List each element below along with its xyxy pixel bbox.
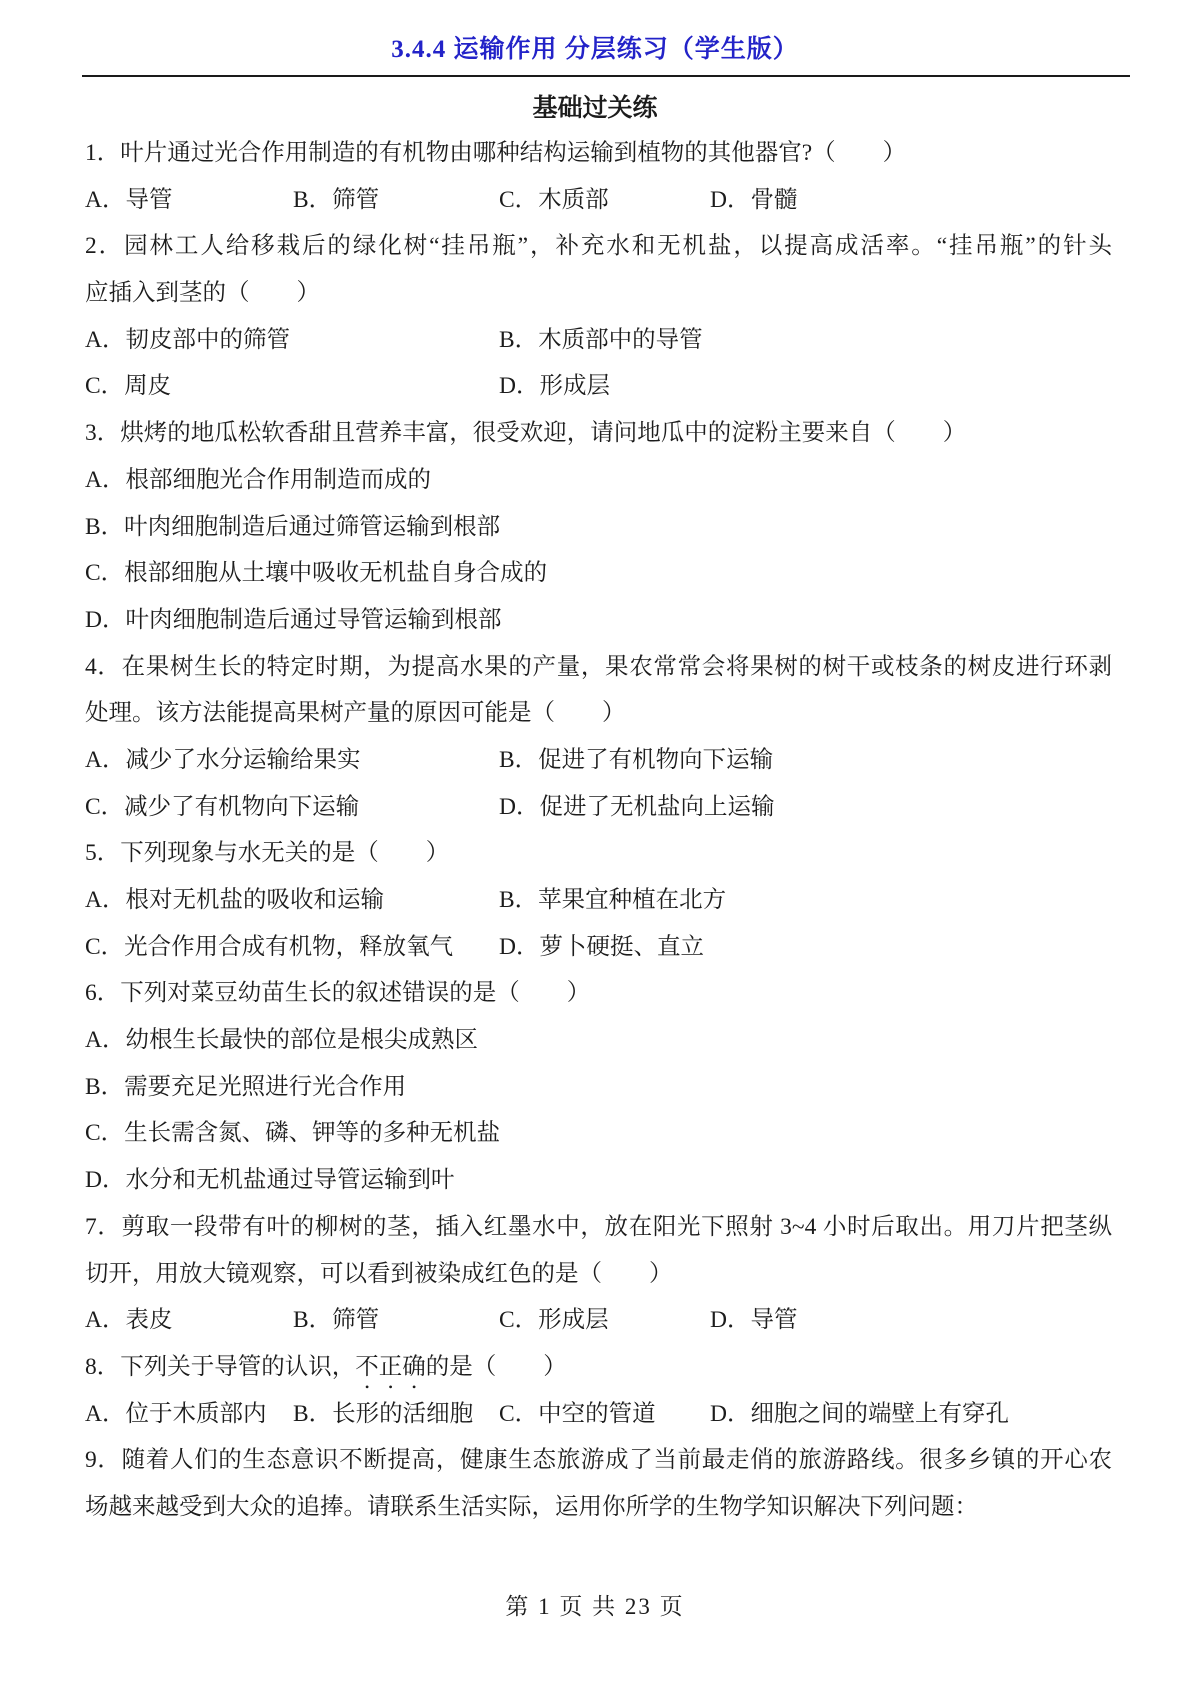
text-segment: D．水分和无机盐通过导管运输到叶: [85, 1167, 454, 1193]
text-segment: A．幼根生长最快的部位是根尖成熟区: [85, 1027, 478, 1053]
worksheet-page: 3.4.4 运输作用 分层练习（学生版） 基础过关练 1．叶片通过光合作用制造的…: [0, 0, 1190, 1682]
question-6-option-b: B．需要充足光照进行光合作用: [85, 1074, 406, 1100]
text-segment: A．位于木质部内: [85, 1401, 266, 1427]
question-2-options-row: A．韧皮部中的筛管B．木质部中的导管: [85, 317, 1112, 364]
question-6-options-row: D．水分和无机盐通过导管运输到叶: [85, 1157, 1112, 1204]
question-1-option-c: C．木质部: [499, 177, 609, 224]
question-7-option-b: B．筛管: [293, 1297, 379, 1344]
question-8-options-row: A．位于木质部内B．长形的活细胞C．中空的管道D．细胞之间的端壁上有穿孔: [85, 1391, 1112, 1438]
question-2-stem-line: 应插入到茎的（ ）: [85, 270, 1112, 317]
text-segment: C．减少了有机物向下运输: [85, 794, 359, 820]
stem-text: 9．随着人们的生态意识不断提高，健康生态旅游成了当前最走俏的旅游路线。很多乡镇的…: [85, 1447, 1112, 1473]
question-7-stem-line: 7．剪取一段带有叶的柳树的茎，插入红墨水中，放在阳光下照射 3~4 小时后取出。…: [85, 1204, 1112, 1251]
question-8-option-b: B．长形的活细胞: [293, 1391, 473, 1438]
question-4-options-row: A．减少了水分运输给果实B．促进了有机物向下运输: [85, 737, 1112, 784]
question-1: 1．叶片通过光合作用制造的有机物由哪种结构运输到植物的其他器官?（ ）A．导管B…: [85, 130, 1112, 223]
text-segment: 应插入到茎的（ ）: [85, 280, 320, 306]
question-4-stem-line: 处理。该方法能提高果树产量的原因可能是（ ）: [85, 690, 1112, 737]
question-3-stem-line: 3．烘烤的地瓜松软香甜且营养丰富，很受欢迎，请问地瓜中的淀粉主要来自（ ）: [85, 410, 1112, 457]
text-segment: 2．园林工人给移栽后的绿化树“挂吊瓶”，补充水和无机盐，以提高成活率。“挂吊瓶”…: [85, 233, 1112, 259]
question-6-options-row: C．生长需含氮、磷、钾等的多种无机盐: [85, 1110, 1112, 1157]
question-6-option-a: A．幼根生长最快的部位是根尖成熟区: [85, 1027, 478, 1053]
question-6-stem-line: 6．下列对菜豆幼苗生长的叙述错误的是（ ）: [85, 970, 1112, 1017]
text-segment: 9．随着人们的生态意识不断提高，健康生态旅游成了当前最走俏的旅游路线。很多乡镇的…: [85, 1447, 1112, 1473]
question-1-option-b: B．筛管: [293, 177, 379, 224]
question-2-options-row: C．周皮D．形成层: [85, 363, 1112, 410]
question-2: 2．园林工人给移栽后的绿化树“挂吊瓶”，补充水和无机盐，以提高成活率。“挂吊瓶”…: [85, 223, 1112, 410]
question-7: 7．剪取一段带有叶的柳树的茎，插入红墨水中，放在阳光下照射 3~4 小时后取出。…: [85, 1204, 1112, 1344]
question-2-stem-line: 2．园林工人给移栽后的绿化树“挂吊瓶”，补充水和无机盐，以提高成活率。“挂吊瓶”…: [85, 223, 1112, 270]
text-segment: C．木质部: [499, 187, 609, 213]
emphasized-text: 不正确: [355, 1354, 426, 1380]
text-segment: C．根部细胞从土壤中吸收无机盐自身合成的: [85, 560, 547, 586]
question-3-options-row: C．根部细胞从土壤中吸收无机盐自身合成的: [85, 550, 1112, 597]
question-2-option-a: A．韧皮部中的筛管: [85, 317, 290, 364]
stem-text: 6．下列对菜豆幼苗生长的叙述错误的是（ ）: [85, 980, 590, 1006]
question-5: 5．下列现象与水无关的是（ ）A．根对无机盐的吸收和运输B．苹果宜种植在北方C．…: [85, 830, 1112, 970]
stem-text: 7．剪取一段带有叶的柳树的茎，插入红墨水中，放在阳光下照射 3~4 小时后取出。…: [85, 1214, 1112, 1240]
question-9-stem-line: 场越来越受到大众的追捧。请联系生活实际，运用你所学的生物学知识解决下列问题：: [85, 1484, 1112, 1531]
question-3-option-d: D．叶肉细胞制造后通过导管运输到根部: [85, 607, 501, 633]
text-segment: B．苹果宜种植在北方: [499, 887, 726, 913]
stem-text: 应插入到茎的（ ）: [85, 280, 320, 306]
question-1-option-a: A．导管: [85, 177, 172, 224]
text-segment: A．减少了水分运输给果实: [85, 747, 360, 773]
question-3-option-b: B．叶肉细胞制造后通过筛管运输到根部: [85, 514, 500, 540]
question-7-stem-line: 切开，用放大镜观察，可以看到被染成红色的是（ ）: [85, 1251, 1112, 1298]
question-4-options-row: C．减少了有机物向下运输D．促进了无机盐向上运输: [85, 784, 1112, 831]
question-6-options-row: A．幼根生长最快的部位是根尖成熟区: [85, 1017, 1112, 1064]
question-3-options-row: B．叶肉细胞制造后通过筛管运输到根部: [85, 504, 1112, 551]
text-segment: B．长形的活细胞: [293, 1401, 473, 1427]
stem-text: 8．下列关于导管的认识，不正确的是（ ）: [85, 1354, 567, 1380]
question-4-option-a: A．减少了水分运输给果实: [85, 737, 360, 784]
text-segment: 的是（ ）: [426, 1354, 567, 1380]
question-3-option-c: C．根部细胞从土壤中吸收无机盐自身合成的: [85, 560, 547, 586]
stem-text: 处理。该方法能提高果树产量的原因可能是（ ）: [85, 700, 626, 726]
question-7-option-d: D．导管: [710, 1297, 797, 1344]
question-6-option-d: D．水分和无机盐通过导管运输到叶: [85, 1167, 454, 1193]
question-5-options-row: C．光合作用合成有机物，释放氧气D．萝卜硬挺、直立: [85, 924, 1112, 971]
text-segment: C．周皮: [85, 373, 171, 399]
text-segment: C．光合作用合成有机物，释放氧气: [85, 934, 453, 960]
text-segment: D．细胞之间的端壁上有穿孔: [710, 1401, 1009, 1427]
stem-text: 4．在果树生长的特定时期，为提高水果的产量，果农常常会将果树的树干或枝条的树皮进…: [85, 654, 1112, 680]
question-8-option-d: D．细胞之间的端壁上有穿孔: [710, 1391, 1009, 1438]
page-title: 3.4.4 运输作用 分层练习（学生版）: [0, 29, 1190, 65]
question-3-options-row: D．叶肉细胞制造后通过导管运输到根部: [85, 597, 1112, 644]
question-1-option-d: D．骨髓: [710, 177, 797, 224]
question-5-option-c: C．光合作用合成有机物，释放氧气: [85, 924, 453, 971]
question-8-option-c: C．中空的管道: [499, 1391, 656, 1438]
question-2-option-d: D．形成层: [499, 363, 610, 410]
question-8-option-a: A．位于木质部内: [85, 1391, 266, 1438]
text-segment: 6．下列对菜豆幼苗生长的叙述错误的是（ ）: [85, 980, 590, 1006]
text-segment: C．形成层: [499, 1307, 609, 1333]
question-9: 9．随着人们的生态意识不断提高，健康生态旅游成了当前最走俏的旅游路线。很多乡镇的…: [85, 1437, 1112, 1530]
question-7-option-c: C．形成层: [499, 1297, 609, 1344]
text-segment: D．叶肉细胞制造后通过导管运输到根部: [85, 607, 501, 633]
question-8: 8．下列关于导管的认识，不正确的是（ ）A．位于木质部内B．长形的活细胞C．中空…: [85, 1344, 1112, 1437]
stem-text: 5．下列现象与水无关的是（ ）: [85, 840, 449, 866]
question-6: 6．下列对菜豆幼苗生长的叙述错误的是（ ）A．幼根生长最快的部位是根尖成熟区B．…: [85, 970, 1112, 1203]
stem-text: 3．烘烤的地瓜松软香甜且营养丰富，很受欢迎，请问地瓜中的淀粉主要来自（ ）: [85, 420, 966, 446]
question-9-stem-line: 9．随着人们的生态意识不断提高，健康生态旅游成了当前最走俏的旅游路线。很多乡镇的…: [85, 1437, 1112, 1484]
text-segment: 处理。该方法能提高果树产量的原因可能是（ ）: [85, 700, 626, 726]
question-1-stem-line: 1．叶片通过光合作用制造的有机物由哪种结构运输到植物的其他器官?（ ）: [85, 130, 1112, 177]
text-segment: D．促进了无机盐向上运输: [499, 794, 774, 820]
question-2-option-c: C．周皮: [85, 363, 171, 410]
stem-text: 1．叶片通过光合作用制造的有机物由哪种结构运输到植物的其他器官?（ ）: [85, 140, 906, 166]
text-segment: 5．下列现象与水无关的是（ ）: [85, 840, 449, 866]
text-segment: D．形成层: [499, 373, 610, 399]
question-7-options-row: A．表皮B．筛管C．形成层D．导管: [85, 1297, 1112, 1344]
text-segment: 8．下列关于导管的认识，: [85, 1354, 355, 1380]
question-4-option-b: B．促进了有机物向下运输: [499, 737, 773, 784]
questions-area: 1．叶片通过光合作用制造的有机物由哪种结构运输到植物的其他器官?（ ）A．导管B…: [85, 130, 1112, 1531]
title-divider: [82, 75, 1130, 77]
text-segment: A．根对无机盐的吸收和运输: [85, 887, 384, 913]
text-segment: C．中空的管道: [499, 1401, 656, 1427]
text-segment: 1．叶片通过光合作用制造的有机物由哪种结构运输到植物的其他器官?（ ）: [85, 140, 906, 166]
question-4-option-c: C．减少了有机物向下运输: [85, 784, 359, 831]
text-segment: B．叶肉细胞制造后通过筛管运输到根部: [85, 514, 500, 540]
text-segment: B．筛管: [293, 1307, 379, 1333]
stem-text: 切开，用放大镜观察，可以看到被染成红色的是（ ）: [85, 1261, 673, 1287]
text-segment: A．表皮: [85, 1307, 172, 1333]
text-segment: 4．在果树生长的特定时期，为提高水果的产量，果农常常会将果树的树干或枝条的树皮进…: [85, 654, 1112, 680]
text-segment: 3．烘烤的地瓜松软香甜且营养丰富，很受欢迎，请问地瓜中的淀粉主要来自（ ）: [85, 420, 966, 446]
question-3: 3．烘烤的地瓜松软香甜且营养丰富，很受欢迎，请问地瓜中的淀粉主要来自（ ）A．根…: [85, 410, 1112, 643]
text-segment: D．萝卜硬挺、直立: [499, 934, 704, 960]
question-5-option-b: B．苹果宜种植在北方: [499, 877, 726, 924]
question-5-stem-line: 5．下列现象与水无关的是（ ）: [85, 830, 1112, 877]
text-segment: D．导管: [710, 1307, 797, 1333]
question-5-option-d: D．萝卜硬挺、直立: [499, 924, 704, 971]
text-segment: 7．剪取一段带有叶的柳树的茎，插入红墨水中，放在阳光下照射 3~4 小时后取出。…: [85, 1214, 1112, 1240]
question-4-stem-line: 4．在果树生长的特定时期，为提高水果的产量，果农常常会将果树的树干或枝条的树皮进…: [85, 644, 1112, 691]
text-segment: A．韧皮部中的筛管: [85, 327, 290, 353]
question-6-option-c: C．生长需含氮、磷、钾等的多种无机盐: [85, 1120, 500, 1146]
text-segment: C．生长需含氮、磷、钾等的多种无机盐: [85, 1120, 500, 1146]
question-3-options-row: A．根部细胞光合作用制造而成的: [85, 457, 1112, 504]
stem-text: 场越来越受到大众的追捧。请联系生活实际，运用你所学的生物学知识解决下列问题：: [85, 1494, 978, 1520]
stem-text: 2．园林工人给移栽后的绿化树“挂吊瓶”，补充水和无机盐，以提高成活率。“挂吊瓶”…: [85, 233, 1112, 259]
question-4-option-d: D．促进了无机盐向上运输: [499, 784, 774, 831]
text-segment: B．促进了有机物向下运输: [499, 747, 773, 773]
text-segment: 切开，用放大镜观察，可以看到被染成红色的是（ ）: [85, 1261, 673, 1287]
text-segment: B．筛管: [293, 187, 379, 213]
text-segment: 场越来越受到大众的追捧。请联系生活实际，运用你所学的生物学知识解决下列问题：: [85, 1494, 978, 1520]
question-2-option-b: B．木质部中的导管: [499, 317, 703, 364]
text-segment: B．木质部中的导管: [499, 327, 703, 353]
section-heading: 基础过关练: [0, 88, 1190, 124]
text-segment: A．根部细胞光合作用制造而成的: [85, 467, 431, 493]
question-4: 4．在果树生长的特定时期，为提高水果的产量，果农常常会将果树的树干或枝条的树皮进…: [85, 644, 1112, 831]
question-8-stem-line: 8．下列关于导管的认识，不正确的是（ ）: [85, 1344, 1112, 1391]
question-7-option-a: A．表皮: [85, 1297, 172, 1344]
text-segment: D．骨髓: [710, 187, 797, 213]
question-5-option-a: A．根对无机盐的吸收和运输: [85, 877, 384, 924]
question-6-options-row: B．需要充足光照进行光合作用: [85, 1064, 1112, 1111]
question-1-options-row: A．导管B．筛管C．木质部D．骨髓: [85, 177, 1112, 224]
page-number: 第 1 页 共 23 页: [0, 1588, 1190, 1621]
question-5-options-row: A．根对无机盐的吸收和运输B．苹果宜种植在北方: [85, 877, 1112, 924]
text-segment: B．需要充足光照进行光合作用: [85, 1074, 406, 1100]
text-segment: A．导管: [85, 187, 172, 213]
question-3-option-a: A．根部细胞光合作用制造而成的: [85, 467, 431, 493]
